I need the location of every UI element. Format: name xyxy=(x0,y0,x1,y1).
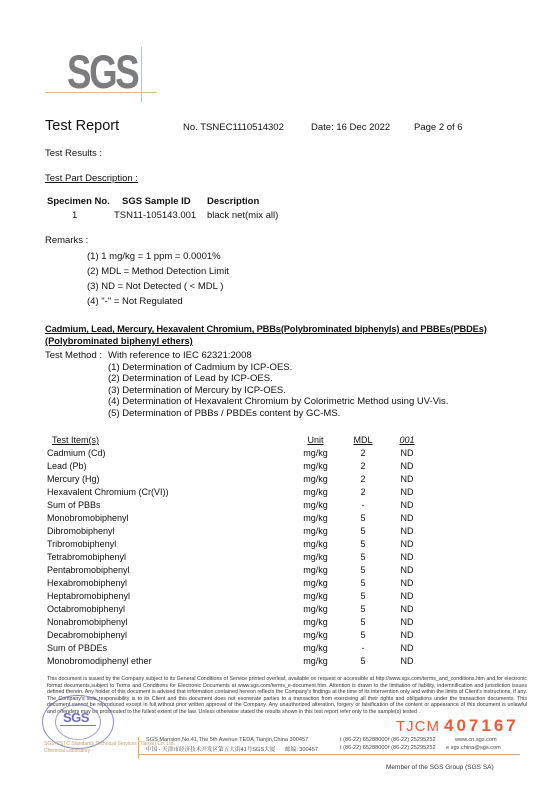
test-item-cell: Decabromobiphenyl xyxy=(45,628,289,641)
unit-cell: mg/kg xyxy=(289,511,342,524)
sgs-sample-id-value: TSN11-105143.001 xyxy=(114,210,196,221)
tjcm-number: 407167 xyxy=(444,716,519,735)
test-item-cell: Heptabromobiphenyl xyxy=(45,589,289,602)
test-item-cell: Hexabromobiphenyl xyxy=(45,576,289,589)
mdl-cell: 2 xyxy=(342,459,384,472)
remark-item: (3) ND = Not Detected ( < MDL ) xyxy=(87,281,223,292)
mdl-cell: - xyxy=(342,641,384,654)
mdl-cell: 5 xyxy=(342,511,384,524)
section-title-line2: (Polybrominated biphenyl ethers) xyxy=(45,336,193,346)
remark-item: (1) 1 mg/kg = 1 ppm = 0.0001% xyxy=(87,251,221,262)
result-cell: ND xyxy=(384,628,430,641)
mdl-cell: 2 xyxy=(342,472,384,485)
stamp-sgs-text: SGS xyxy=(63,710,89,725)
test-method-line: (5) Determination of PBBs / PBDEs conten… xyxy=(108,408,448,420)
result-cell: ND xyxy=(384,498,430,511)
unit-cell: mg/kg xyxy=(289,446,342,459)
table-row: Heptabromobiphenylmg/kg5ND xyxy=(45,589,430,602)
table-row: Monobromodiphenyl ethermg/kg5ND xyxy=(45,654,430,667)
unit-cell: mg/kg xyxy=(289,615,342,628)
stamp-underline xyxy=(60,725,96,726)
table-row: Hexavalent Chromium (Cr(VI))mg/kg2ND xyxy=(45,485,430,498)
test-item-cell: Dibromobiphenyl xyxy=(45,524,289,537)
table-row: Decabromobiphenylmg/kg5ND xyxy=(45,628,430,641)
test-item-cell: Octabromobiphenyl xyxy=(45,602,289,615)
test-item-cell: Cadmium (Cd) xyxy=(45,446,289,459)
report-number: No. TSNEC1110514302 xyxy=(183,122,284,133)
result-cell: ND xyxy=(384,576,430,589)
header-test-items: Test Item(s) xyxy=(45,434,289,446)
result-cell: ND xyxy=(384,602,430,615)
remarks-label: Remarks : xyxy=(45,235,88,246)
result-cell: ND xyxy=(384,615,430,628)
mdl-cell: 2 xyxy=(342,485,384,498)
unit-cell: mg/kg xyxy=(289,472,342,485)
footer-horizontal-divider xyxy=(138,754,520,755)
result-cell: ND xyxy=(384,472,430,485)
table-row: Monobromobiphenylmg/kg5ND xyxy=(45,511,430,524)
address-english: SGS Mansion,No.41,The 5th Avenue TEDA,Ti… xyxy=(146,737,308,743)
address-chinese: 中国 - 天津市经济技术开发区第五大街41号SGS大厦 xyxy=(146,745,275,753)
result-cell: ND xyxy=(384,641,430,654)
postcode-chinese: 邮编: 300457 xyxy=(285,745,318,753)
email-link[interactable]: e sgs.china@sgs.com xyxy=(446,745,501,751)
tjcm-serial: TJCM407167 xyxy=(396,716,519,736)
page-indicator: Page 2 of 6 xyxy=(414,122,463,133)
phone-2: t (86-22) 65288000 xyxy=(340,745,388,751)
table-row: Sum of PBDEsmg/kg-ND xyxy=(45,641,430,654)
result-cell: ND xyxy=(384,654,430,667)
table-row: Octabromobiphenylmg/kg5ND xyxy=(45,602,430,615)
test-item-cell: Monobromodiphenyl ether xyxy=(45,654,289,667)
result-cell: ND xyxy=(384,511,430,524)
header-unit: Unit xyxy=(289,434,342,446)
test-method-line: (1) Determination of Cadmium by ICP-OES. xyxy=(108,362,448,374)
unit-cell: mg/kg xyxy=(289,641,342,654)
section-title-line1: Cadmium, Lead, Mercury, Hexavalent Chrom… xyxy=(45,324,487,334)
table-row: Pentabromobiphenylmg/kg5ND xyxy=(45,563,430,576)
mdl-cell: 5 xyxy=(342,628,384,641)
table-row: Sum of PBBsmg/kg-ND xyxy=(45,498,430,511)
mdl-cell: 5 xyxy=(342,537,384,550)
header-mdl: MDL xyxy=(342,434,384,446)
test-item-cell: Tetrabromobiphenyl xyxy=(45,550,289,563)
test-item-cell: Monobromobiphenyl xyxy=(45,511,289,524)
legal-disclaimer: This document is issued by the Company s… xyxy=(47,676,527,716)
table-row: Hexabromobiphenylmg/kg5ND xyxy=(45,576,430,589)
mdl-cell: - xyxy=(342,498,384,511)
table-row: Lead (Pb)mg/kg2ND xyxy=(45,459,430,472)
table-row: Tetrabromobiphenylmg/kg5ND xyxy=(45,550,430,563)
result-cell: ND xyxy=(384,459,430,472)
phone-1: t (86-22) 65288000 xyxy=(340,737,388,743)
sgs-logo: SGS xyxy=(45,47,157,102)
member-statement: Member of the SGS Group (SGS SA) xyxy=(386,764,494,771)
unit-cell: mg/kg xyxy=(289,524,342,537)
mdl-cell: 5 xyxy=(342,602,384,615)
unit-cell: mg/kg xyxy=(289,550,342,563)
specimen-no-header: Specimen No. xyxy=(47,196,110,207)
test-item-cell: Tribromobiphenyl xyxy=(45,537,289,550)
test-method-line: (4) Determination of Hexavalent Chromium… xyxy=(108,396,448,408)
result-cell: ND xyxy=(384,563,430,576)
website-link[interactable]: www.cn.sgs.com xyxy=(455,737,497,743)
mdl-cell: 5 xyxy=(342,654,384,667)
remark-item: (4) "-" = Not Regulated xyxy=(87,296,183,307)
footer-vertical-divider xyxy=(138,737,139,759)
description-header: Description xyxy=(207,196,259,207)
unit-cell: mg/kg xyxy=(289,459,342,472)
test-item-cell: Mercury (Hg) xyxy=(45,472,289,485)
mdl-cell: 5 xyxy=(342,563,384,576)
unit-cell: mg/kg xyxy=(289,498,342,511)
fax-2: f (86-22) 25295252 xyxy=(388,745,436,751)
test-method-list: With reference to IEC 62321:2008 (1) Det… xyxy=(108,350,448,419)
test-item-cell: Hexavalent Chromium (Cr(VI)) xyxy=(45,485,289,498)
test-item-cell: Sum of PBBs xyxy=(45,498,289,511)
unit-cell: mg/kg xyxy=(289,589,342,602)
test-item-cell: Sum of PBDEs xyxy=(45,641,289,654)
remark-item: (2) MDL = Method Detection Limit xyxy=(87,266,229,277)
tjcm-prefix: TJCM xyxy=(396,718,440,735)
sgs-sample-id-header: SGS Sample ID xyxy=(122,196,191,207)
report-title: Test Report xyxy=(45,118,119,134)
test-item-cell: Pentabromobiphenyl xyxy=(45,563,289,576)
test-method-line: (3) Determination of Mercury by ICP-OES. xyxy=(108,385,448,397)
unit-cell: mg/kg xyxy=(289,537,342,550)
fax-1: f (86-22) 25295252 xyxy=(388,737,436,743)
sgs-logo-text: SGS xyxy=(67,47,137,97)
test-method-label: Test Method : xyxy=(45,350,102,361)
mdl-cell: 5 xyxy=(342,615,384,628)
mdl-cell: 2 xyxy=(342,446,384,459)
result-cell: ND xyxy=(384,524,430,537)
unit-cell: mg/kg xyxy=(289,654,342,667)
results-table: Test Item(s) Unit MDL 001 Cadmium (Cd)mg… xyxy=(45,434,430,667)
test-item-cell: Nonabromobiphenyl xyxy=(45,615,289,628)
mdl-cell: 5 xyxy=(342,576,384,589)
specimen-no-value: 1 xyxy=(72,210,77,221)
results-table-header: Test Item(s) Unit MDL 001 xyxy=(45,434,430,446)
test-method-line: (2) Determination of Lead by ICP-OES. xyxy=(108,373,448,385)
mdl-cell: 5 xyxy=(342,524,384,537)
table-row: Cadmium (Cd)mg/kg2ND xyxy=(45,446,430,459)
test-item-cell: Lead (Pb) xyxy=(45,459,289,472)
unit-cell: mg/kg xyxy=(289,485,342,498)
unit-cell: mg/kg xyxy=(289,576,342,589)
result-cell: ND xyxy=(384,550,430,563)
table-row: Dibromobiphenylmg/kg5ND xyxy=(45,524,430,537)
test-results-label: Test Results : xyxy=(45,148,102,159)
mdl-cell: 5 xyxy=(342,550,384,563)
unit-cell: mg/kg xyxy=(289,563,342,576)
table-row: Nonabromobiphenylmg/kg5ND xyxy=(45,615,430,628)
description-value: black net(mix all) xyxy=(207,210,278,221)
result-cell: ND xyxy=(384,485,430,498)
mdl-cell: 5 xyxy=(342,589,384,602)
result-cell: ND xyxy=(384,589,430,602)
unit-cell: mg/kg xyxy=(289,628,342,641)
table-row: Mercury (Hg)mg/kg2ND xyxy=(45,472,430,485)
test-part-description-label: Test Part Description : xyxy=(45,173,138,184)
result-cell: ND xyxy=(384,446,430,459)
test-method-line: With reference to IEC 62321:2008 xyxy=(108,350,448,362)
table-row: Tribromobiphenylmg/kg5ND xyxy=(45,537,430,550)
header-sample-001: 001 xyxy=(384,434,430,446)
result-cell: ND xyxy=(384,537,430,550)
logo-vertical-line xyxy=(141,47,142,102)
unit-cell: mg/kg xyxy=(289,602,342,615)
report-date: Date: 16 Dec 2022 xyxy=(311,122,390,133)
